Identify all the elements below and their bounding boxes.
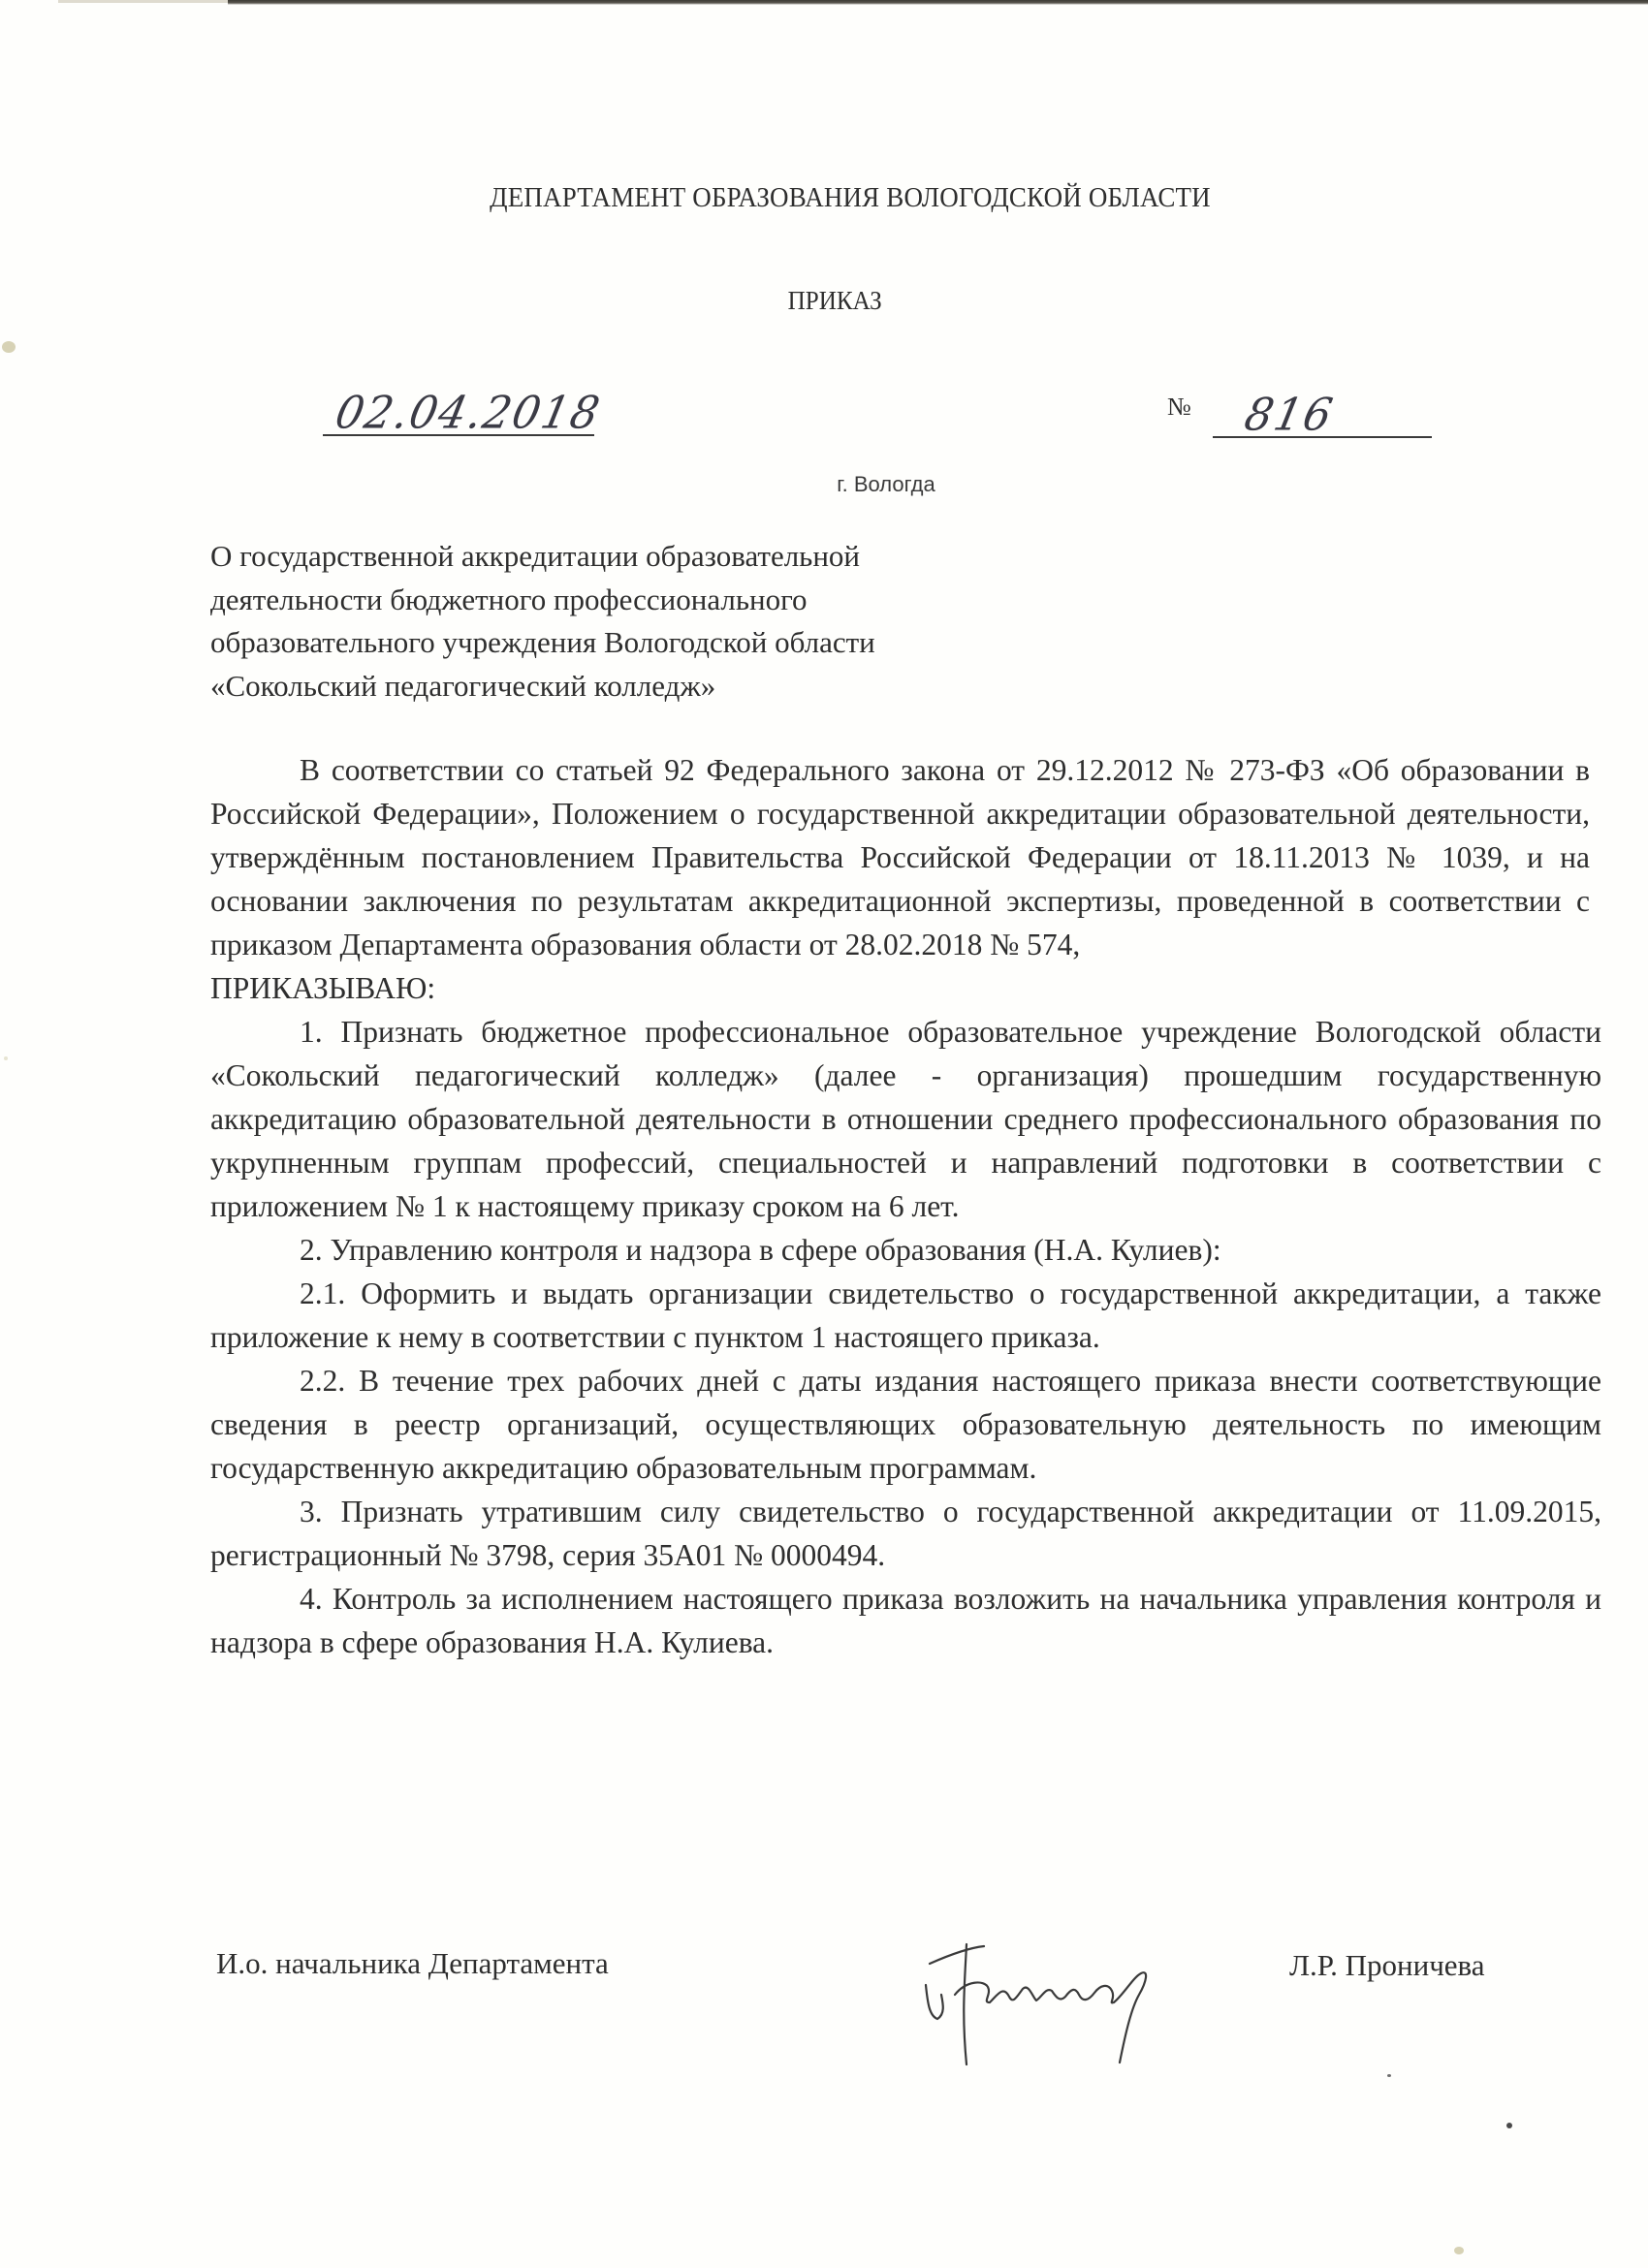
preamble-paragraph: В соответствии со статьей 92 Федеральног… [210, 748, 1590, 966]
order-item-2: 2. Управлению контроля и надзора в сфере… [210, 1228, 1601, 1272]
order-word: ПРИКАЗЫВАЮ: [210, 971, 435, 1005]
order-item-2-1: 2.1. Оформить и выдать организации свиде… [210, 1272, 1601, 1359]
scan-speck [4, 1056, 8, 1060]
handwritten-order-number: 816 [1240, 390, 1338, 442]
item-number: 3. [300, 1495, 323, 1528]
signatory-position: И.о. начальника Департамента [216, 1946, 609, 1981]
scan-dot [1387, 2074, 1391, 2077]
item-text: Контроль за исполнением настоящего прика… [210, 1582, 1601, 1659]
scan-edge-shadow-left [58, 0, 228, 3]
title-line: О государственной аккредитации образоват… [210, 535, 1083, 579]
item-number: 2.2. [300, 1364, 345, 1398]
scan-edge-shadow [228, 0, 1648, 5]
order-subject-title: О государственной аккредитации образоват… [210, 535, 1083, 708]
item-text: Оформить и выдать организации свидетельс… [210, 1276, 1601, 1354]
item-text: Признать утратившим силу свидетельство о… [210, 1495, 1601, 1572]
date-field: 02.04.2018 [323, 388, 594, 436]
order-item-3: 3. Признать утратившим силу свидетельств… [210, 1490, 1601, 1577]
item-number: 2.1. [300, 1276, 345, 1310]
scan-speck [1454, 2247, 1464, 2254]
order-directive: ПРИКАЗЫВАЮ: [210, 966, 1590, 1010]
handwritten-signature-icon [908, 1927, 1238, 2072]
scan-dot [1506, 2123, 1512, 2128]
document-type-title: ПРИКАЗ [0, 286, 1648, 316]
preamble-text: В соответствии со статьей 92 Федеральног… [210, 753, 1590, 961]
item-text: Управлению контроля и надзора в сфере об… [331, 1233, 1221, 1267]
item-number: 1. [300, 1015, 323, 1049]
title-line: деятельности бюджетного профессиональног… [210, 579, 1083, 622]
title-line: «Сокольский педагогический колледж» [210, 665, 1083, 709]
handwritten-date: 02.04.2018 [331, 388, 605, 440]
scan-speck [2, 341, 16, 353]
number-sign: № [1167, 393, 1191, 422]
item-text: В течение трех рабочих дней с даты издан… [210, 1364, 1601, 1485]
item-text: Признать бюджетное профессиональное обра… [210, 1015, 1601, 1223]
order-item-4: 4. Контроль за исполнением настоящего пр… [210, 1577, 1601, 1664]
signature-block: И.о. начальника Департамента Л.Р. Пронич… [210, 1946, 1597, 2063]
order-number-field: 816 [1213, 388, 1432, 438]
city-label: г. Вологда [0, 472, 1648, 497]
item-number: 4. [300, 1582, 323, 1616]
department-header: ДЕПАРТАМЕНТ ОБРАЗОВАНИЯ ВОЛОГОДСКОЙ ОБЛА… [0, 182, 1648, 214]
order-item-1: 1. Признать бюджетное профессиональное о… [210, 1010, 1601, 1228]
item-number: 2. [300, 1233, 323, 1267]
signatory-name: Л.Р. Проничева [1289, 1948, 1485, 1983]
title-line: образовательного учреждения Вологодской … [210, 621, 1083, 665]
order-body: В соответствии со статьей 92 Федеральног… [210, 748, 1590, 1664]
order-item-2-2: 2.2. В течение трех рабочих дней с даты … [210, 1359, 1601, 1490]
